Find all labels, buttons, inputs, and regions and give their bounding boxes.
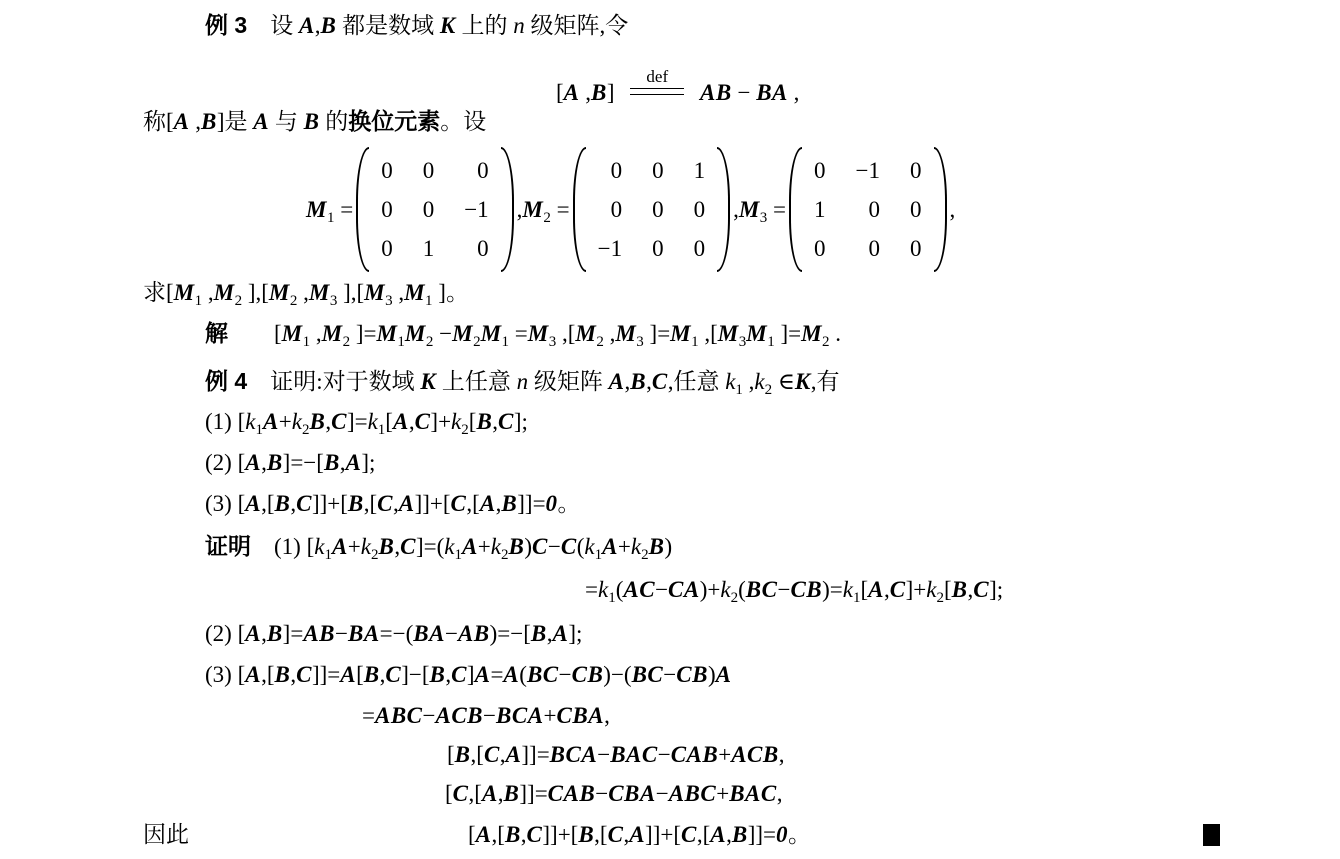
textbook-page: 例 3 设 A,B 都是数域 K 上的 n 级矩阵,令[A ,B] def AB…: [0, 0, 1340, 859]
right-paren-icon: [501, 147, 514, 272]
def-equation-line: [A ,B] def AB − BA ,: [556, 78, 799, 108]
matrix-entry: 0: [856, 190, 880, 229]
left-paren-icon: [356, 147, 369, 272]
proof-step3-cont2-line: [B,[C,A]]=BCA−BAC−CAB+ACB,: [447, 740, 785, 770]
right-paren-icon: [934, 147, 947, 272]
matrix-entry: 0: [423, 151, 435, 190]
proof-step3-cont1-line: =ABC−ACB−BCA+CBA,: [362, 701, 610, 731]
matrix-entry: 1: [423, 229, 435, 268]
matrix-entry: 0: [910, 151, 922, 190]
matrix-entry: 1: [694, 151, 706, 190]
matrix-label: ,M3 =: [733, 195, 786, 225]
matrix-entry: −1: [464, 190, 488, 229]
proof-step3-cont3-line: [C,[A,B]]=CAB−CBA−ABC+BAC,: [445, 779, 783, 809]
left-paren-icon: [789, 147, 802, 272]
proof-step1-line: 证明 (1) [k1A+k2B,C]=(k1A+k2B)C−C(k1A+k2B): [205, 531, 672, 562]
proof-step3-line: (3) [A,[B,C]]=A[B,C]−[B,C]A=A(BC−CB)−(BC…: [205, 660, 731, 690]
matrix-entry: 0: [910, 229, 922, 268]
matrix: 00000−1010: [356, 147, 513, 272]
matrix-entry: 0: [814, 151, 826, 190]
matrix-entry: 0: [910, 190, 922, 229]
right-paren-icon: [717, 147, 730, 272]
property3-line: (3) [A,[B,C]]+[B,[C,A]]+[C,[A,B]]=0。: [205, 489, 581, 519]
matrix-entry: 0: [652, 229, 664, 268]
proof-step1-cont-line: =k1(AC−CA)+k2(BC−CB)=k1[A,C]+k2[B,C];: [585, 575, 1003, 605]
property1-line: (1) [k1A+k2B,C]=k1[A,C]+k2[B,C];: [205, 407, 528, 437]
matrix-entry: 0: [381, 190, 393, 229]
matrix-entry: 0: [814, 229, 826, 268]
matrix-label: ,M2 =: [517, 195, 570, 225]
qed-square-icon: [1203, 824, 1220, 846]
matrix-entry: 0: [856, 229, 880, 268]
therefore-label: 因此: [143, 820, 189, 850]
matrix-entry: 0: [464, 151, 488, 190]
example4-heading-line: 例 4 证明:对于数域 K 上任意 n 级矩阵 A,B,C,任意 k1 ,k2 …: [205, 366, 840, 397]
matrix-entry: 0: [652, 190, 664, 229]
proof-step2-line: (2) [A,B]=AB−BA=−(BA−AB)=−[B,A];: [205, 619, 582, 649]
commutator-naming-line: 称[A ,B]是 A 与 B 的换位元素。设: [143, 106, 486, 137]
left-paren-icon: [573, 147, 586, 272]
matrix-entry: 1: [814, 190, 826, 229]
matrix-entry: 0: [652, 151, 664, 190]
find-commutators-line: 求[M1 ,M2 ],[M2 ,M3 ],[M3 ,M1 ]。: [143, 278, 469, 308]
matrix: 001000−100: [573, 147, 730, 272]
solution-line: 解 [M1 ,M2 ]=M1M2 −M2M1 =M3 ,[M2 ,M3 ]=M1…: [205, 318, 841, 349]
matrix-entry: 0: [694, 190, 706, 229]
conclusion-line: [A,[B,C]]+[B,[C,A]]+[C,[A,B]]=0。: [468, 820, 811, 850]
matrix-entry: 0: [423, 190, 435, 229]
matrix-entry: −1: [598, 229, 622, 268]
property2-line: (2) [A,B]=−[B,A];: [205, 448, 375, 478]
matrix-entry: −1: [856, 151, 880, 190]
matrix-entry: 0: [464, 229, 488, 268]
matrix-label: M1 =: [306, 195, 353, 225]
def-overset: def: [630, 88, 684, 95]
matrix: 0−10100000: [789, 147, 946, 272]
matrix-entry: 0: [598, 190, 622, 229]
matrix-entry: 0: [694, 229, 706, 268]
matrices-line: M1 = 00000−1010,M2 = 001000−100,M3 = 0−1…: [306, 147, 955, 272]
matrix-entry: 0: [598, 151, 622, 190]
matrix-label: ,: [950, 195, 956, 225]
matrix-entry: 0: [381, 151, 393, 190]
matrix-entry: 0: [381, 229, 393, 268]
example3-heading-line: 例 3 设 A,B 都是数域 K 上的 n 级矩阵,令: [205, 10, 628, 41]
